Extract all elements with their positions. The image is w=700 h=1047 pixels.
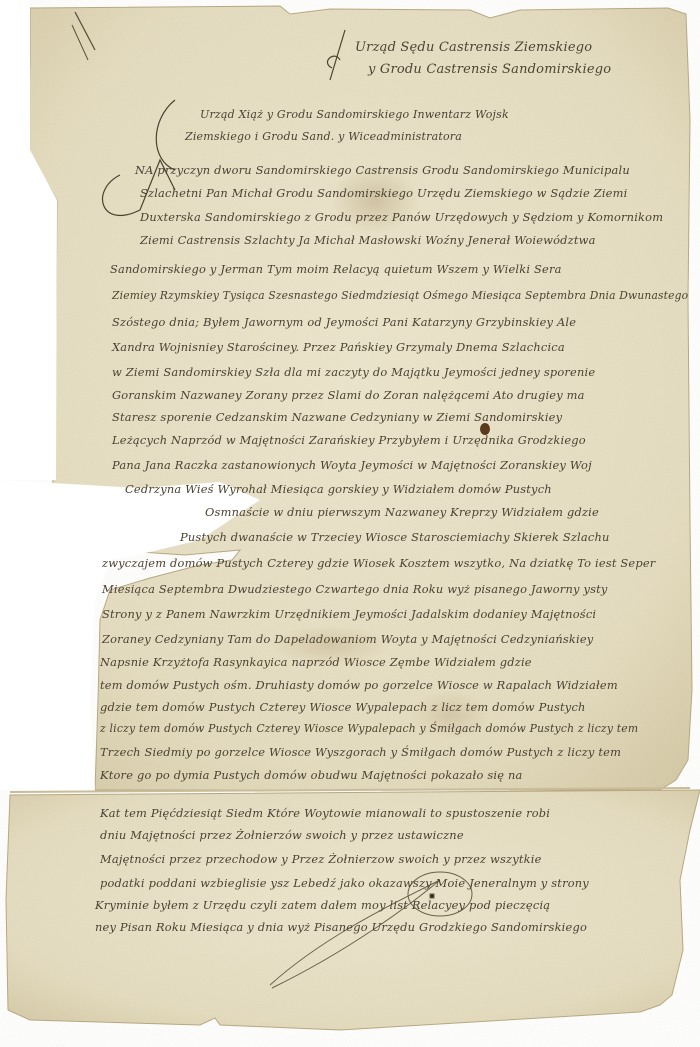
- body-line-28: dniu Majętności przez Żołnierzów swoich …: [100, 828, 464, 842]
- body-line-11: Staresz sporenie Cedzanskim Nazwane Cedz…: [112, 410, 562, 424]
- body-line-2: Szlachetni Pan Michał Grodu Sandomirskie…: [140, 186, 627, 200]
- body-line-23: gdzie tem domów Pustych Czterey Wiosce W…: [100, 700, 586, 714]
- heading-line-1: Urząd Sędu Castrensis Ziemskiego: [355, 40, 592, 55]
- body-line-18: Miesiąca Septembra Dwudziestego Czwarteg…: [102, 582, 608, 596]
- address-line-1: Urząd Xiąż y Grodu Sandomirskiego Inwent…: [200, 108, 509, 121]
- heading-line-2: y Grodu Castrensis Sandomirskiego: [368, 62, 611, 77]
- body-line-4: Ziemi Castrensis Szlachty Ja Michał Masł…: [140, 233, 596, 247]
- body-line-1: NA przyczyn dworu Sandomirskiego Castren…: [135, 163, 630, 177]
- body-line-7: Szóstego dnia; Byłem Jawornym od Jeymośc…: [112, 315, 576, 329]
- body-line-6: Ziemiey Rzymskiey Tysiąca Szesnastego Si…: [112, 288, 688, 302]
- body-line-15: Osmnaście w dniu pierwszym Nazwaney Krep…: [205, 505, 599, 519]
- body-line-16: Pustych dwanaście w Trzeciey Wiosce Star…: [180, 530, 610, 544]
- body-line-17: zwyczajem domów Pustych Czterey gdzie Wi…: [102, 556, 655, 570]
- body-line-12: Leżących Naprzód w Majętności Zarańskiey…: [112, 433, 586, 447]
- body-line-8: Xandra Wojnisniey Starościney. Przez Pań…: [112, 340, 565, 354]
- body-line-25: Trzech Siedmiy po gorzelce Wiosce Wyszgo…: [100, 745, 621, 759]
- body-line-30: podatki poddani wzbieglisie ysz Lebedź j…: [100, 876, 589, 890]
- body-line-14: Cedrzyna Wieś Wyrohał Miesiąca gorskiey …: [125, 482, 552, 496]
- body-line-10: Goranskim Nazwaney Zorany przez Slami do…: [112, 388, 585, 402]
- body-line-24: z liczy tem domów Pustych Czterey Wiosce…: [100, 722, 638, 735]
- body-line-31: Kryminie byłem z Urzędu czyli zatem dałe…: [95, 898, 550, 912]
- address-line-2: Ziemskiego i Grodu Sand. y Wiceadministr…: [185, 130, 462, 143]
- body-line-27: Kat tem Pięćdziesiąt Siedm Które Woytowi…: [100, 806, 550, 820]
- body-line-9: w Ziemi Sandomirskiey Szła dla mi zaczyt…: [112, 365, 595, 379]
- body-line-19: Strony y z Panem Nawrzkim Urzędnikiem Je…: [102, 607, 596, 621]
- body-line-20: Zoraney Cedzyniany Tam do Dapeladowaniom…: [102, 632, 593, 646]
- body-line-26: Ktore go po dymia Pustych domów obudwu M…: [100, 768, 523, 782]
- body-line-21: Napsnie Krzyżtofa Rasynkayica naprzód Wi…: [100, 655, 532, 669]
- body-line-13: Pana Jana Raczka zastanowionych Woyta Je…: [112, 458, 592, 472]
- body-line-32: ney Pisan Roku Miesiąca y dnia wyż Pisan…: [95, 920, 587, 934]
- body-line-22: tem domów Pustych ośm. Druhiasty domów p…: [100, 678, 618, 692]
- body-line-5: Sandomirskiego y Jerman Tym moim Relacyą…: [110, 262, 562, 276]
- body-line-3: Duxterska Sandomirskiego z Grodu przez P…: [140, 210, 663, 224]
- body-line-29: Majętności przez przechodow y Przez Żołn…: [100, 852, 542, 866]
